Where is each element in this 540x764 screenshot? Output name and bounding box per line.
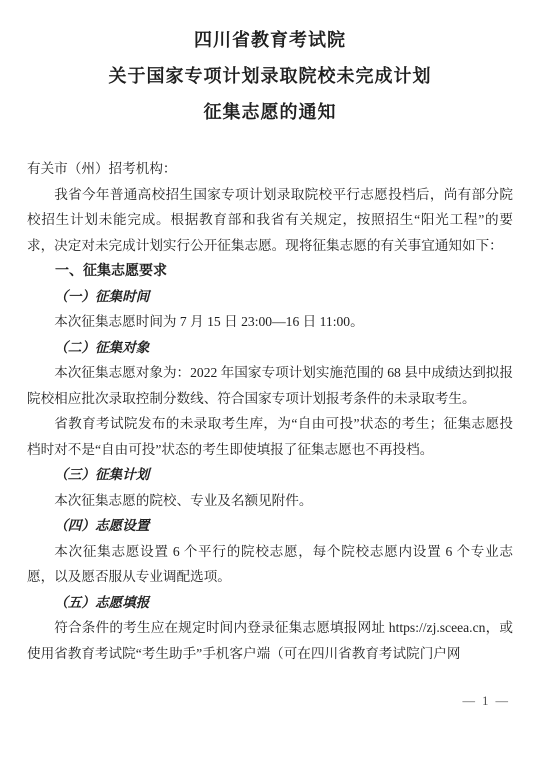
- subheading-volunteer-setup: （四）志愿设置: [27, 513, 513, 539]
- title-line-notice: 征集志愿的通知: [27, 94, 513, 130]
- subheading-collection-time: （一）征集时间: [27, 284, 513, 310]
- title-line-subject: 关于国家专项计划录取院校未完成计划: [27, 58, 513, 94]
- subheading-collection-plan: （三）征集计划: [27, 462, 513, 488]
- salutation: 有关市（州）招考机构：: [27, 156, 513, 182]
- subheading-collection-targets: （二）征集对象: [27, 335, 513, 361]
- title-line-issuer: 四川省教育考试院: [27, 22, 513, 58]
- document-body: 有关市（州）招考机构： 我省今年普通高校招生国家专项计划录取院校平行志愿投档后，…: [27, 156, 513, 666]
- subheading-volunteer-filing: （五）志愿填报: [27, 590, 513, 616]
- paragraph-volunteer-filing: 符合条件的考生应在规定时间内登录征集志愿填报网址 https://zj.scee…: [27, 615, 513, 666]
- paragraph-collection-targets-2: 省教育考试院发布的未录取考生库，为“自由可投”状态的考生；征集志愿投档时对不是“…: [27, 411, 513, 462]
- paragraph-collection-targets-1: 本次征集志愿对象为：2022 年国家专项计划实施范围的 68 县中成绩达到拟报院…: [27, 360, 513, 411]
- document-page: 四川省教育考试院 关于国家专项计划录取院校未完成计划 征集志愿的通知 有关市（州…: [0, 0, 540, 764]
- intro-paragraph: 我省今年普通高校招生国家专项计划录取院校平行志愿投档后，尚有部分院校招生计划未能…: [27, 182, 513, 259]
- page-number: — 1 —: [463, 694, 511, 709]
- paragraph-collection-plan: 本次征集志愿的院校、专业及名额见附件。: [27, 488, 513, 514]
- section-heading-requirements: 一、征集志愿要求: [27, 258, 513, 284]
- paragraph-volunteer-setup: 本次征集志愿设置 6 个平行的院校志愿，每个院校志愿内设置 6 个专业志愿，以及…: [27, 539, 513, 590]
- paragraph-collection-time: 本次征集志愿时间为 7 月 15 日 23:00—16 日 11:00。: [27, 309, 513, 335]
- document-title: 四川省教育考试院 关于国家专项计划录取院校未完成计划 征集志愿的通知: [27, 22, 513, 130]
